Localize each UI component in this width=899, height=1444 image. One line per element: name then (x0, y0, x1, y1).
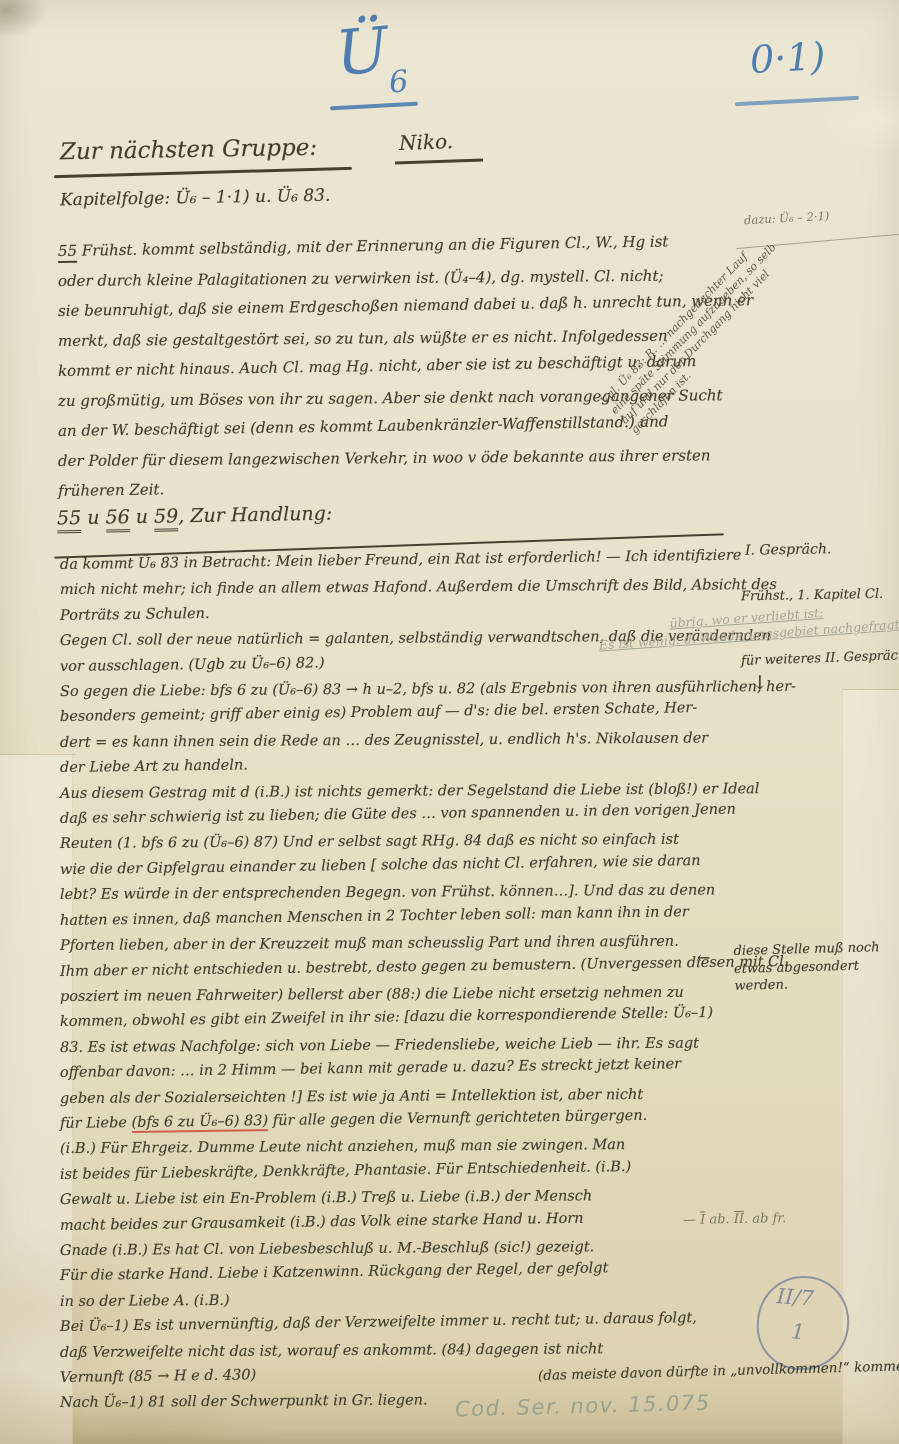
top-signature-mark: Ü6 (333, 11, 410, 90)
paper-seam (842, 689, 899, 690)
top-right-number: 0·1) (749, 34, 826, 82)
margin-note-stelle: diese Stelle muß noch etwas abgesondert … (733, 939, 880, 995)
folio-number: II/7 (776, 1284, 815, 1311)
heading-number: 59 (154, 505, 179, 531)
section-heading: 55 u 56 u 59, Zur Handlung: (57, 503, 333, 530)
manuscript-line: 55 Frühst. kommt selbständig, mit der Er… (58, 225, 748, 266)
note-text: — (683, 1213, 700, 1228)
line-text: für alle gegen die Vernunft gerichteten … (268, 1108, 647, 1129)
line-text: Frühst. kommt selbständig, mit der Erinn… (77, 232, 669, 259)
roman-numeral: II (734, 1212, 745, 1227)
folio-number-circle: II/7 1 (754, 1273, 852, 1373)
note-text: ab. (705, 1212, 734, 1227)
paragraph-number: 55 (58, 242, 77, 263)
margin-note-gespraech: I. Gespräch. (745, 541, 832, 559)
signature-underline (330, 102, 418, 111)
note-text: . ab fr. (744, 1211, 786, 1227)
arrow-left-icon: ← (697, 948, 710, 967)
title-right-underline (395, 158, 483, 164)
heading-text: , Zur Handlung: (178, 503, 332, 528)
title-right-label: Niko. (399, 129, 454, 155)
body-text: da kommt Ü₆ 83 in Betracht: Mein lieber … (60, 553, 750, 1417)
manuscript-page: Ü6 0·1) Zur nächsten Gruppe: Niko. Kapit… (0, 0, 899, 1444)
margin-note-roman: — I ab. II. ab fr. (683, 1211, 786, 1228)
margin-note-top-right: dazu: Ü₆ – 2·1) (744, 209, 830, 227)
page-title: Zur nächsten Gruppe: (60, 135, 318, 165)
heading-number: 55 (57, 507, 82, 533)
signature-subscript: 6 (388, 64, 410, 101)
heading-text: u (81, 507, 106, 529)
arrow-down-icon: ↓ (752, 672, 768, 694)
heading-number: 56 (105, 506, 130, 532)
heading-text: u (130, 506, 155, 528)
paper-strip-right (842, 690, 899, 1444)
line-text: für Liebe (60, 1115, 132, 1132)
folio-number: 1 (791, 1319, 806, 1344)
top-right-underline (735, 96, 859, 106)
chapter-sequence-line: Kapitelfolge: Ü₆ – 1·1) u. Ü₆ 83. (60, 186, 331, 211)
margin-note-weiteres: für weiteres II. Gespräch (741, 648, 899, 669)
title-underline (54, 167, 352, 178)
red-underlined-reference: (bfs 6 zu Ü₆–6) 83) (131, 1113, 268, 1133)
